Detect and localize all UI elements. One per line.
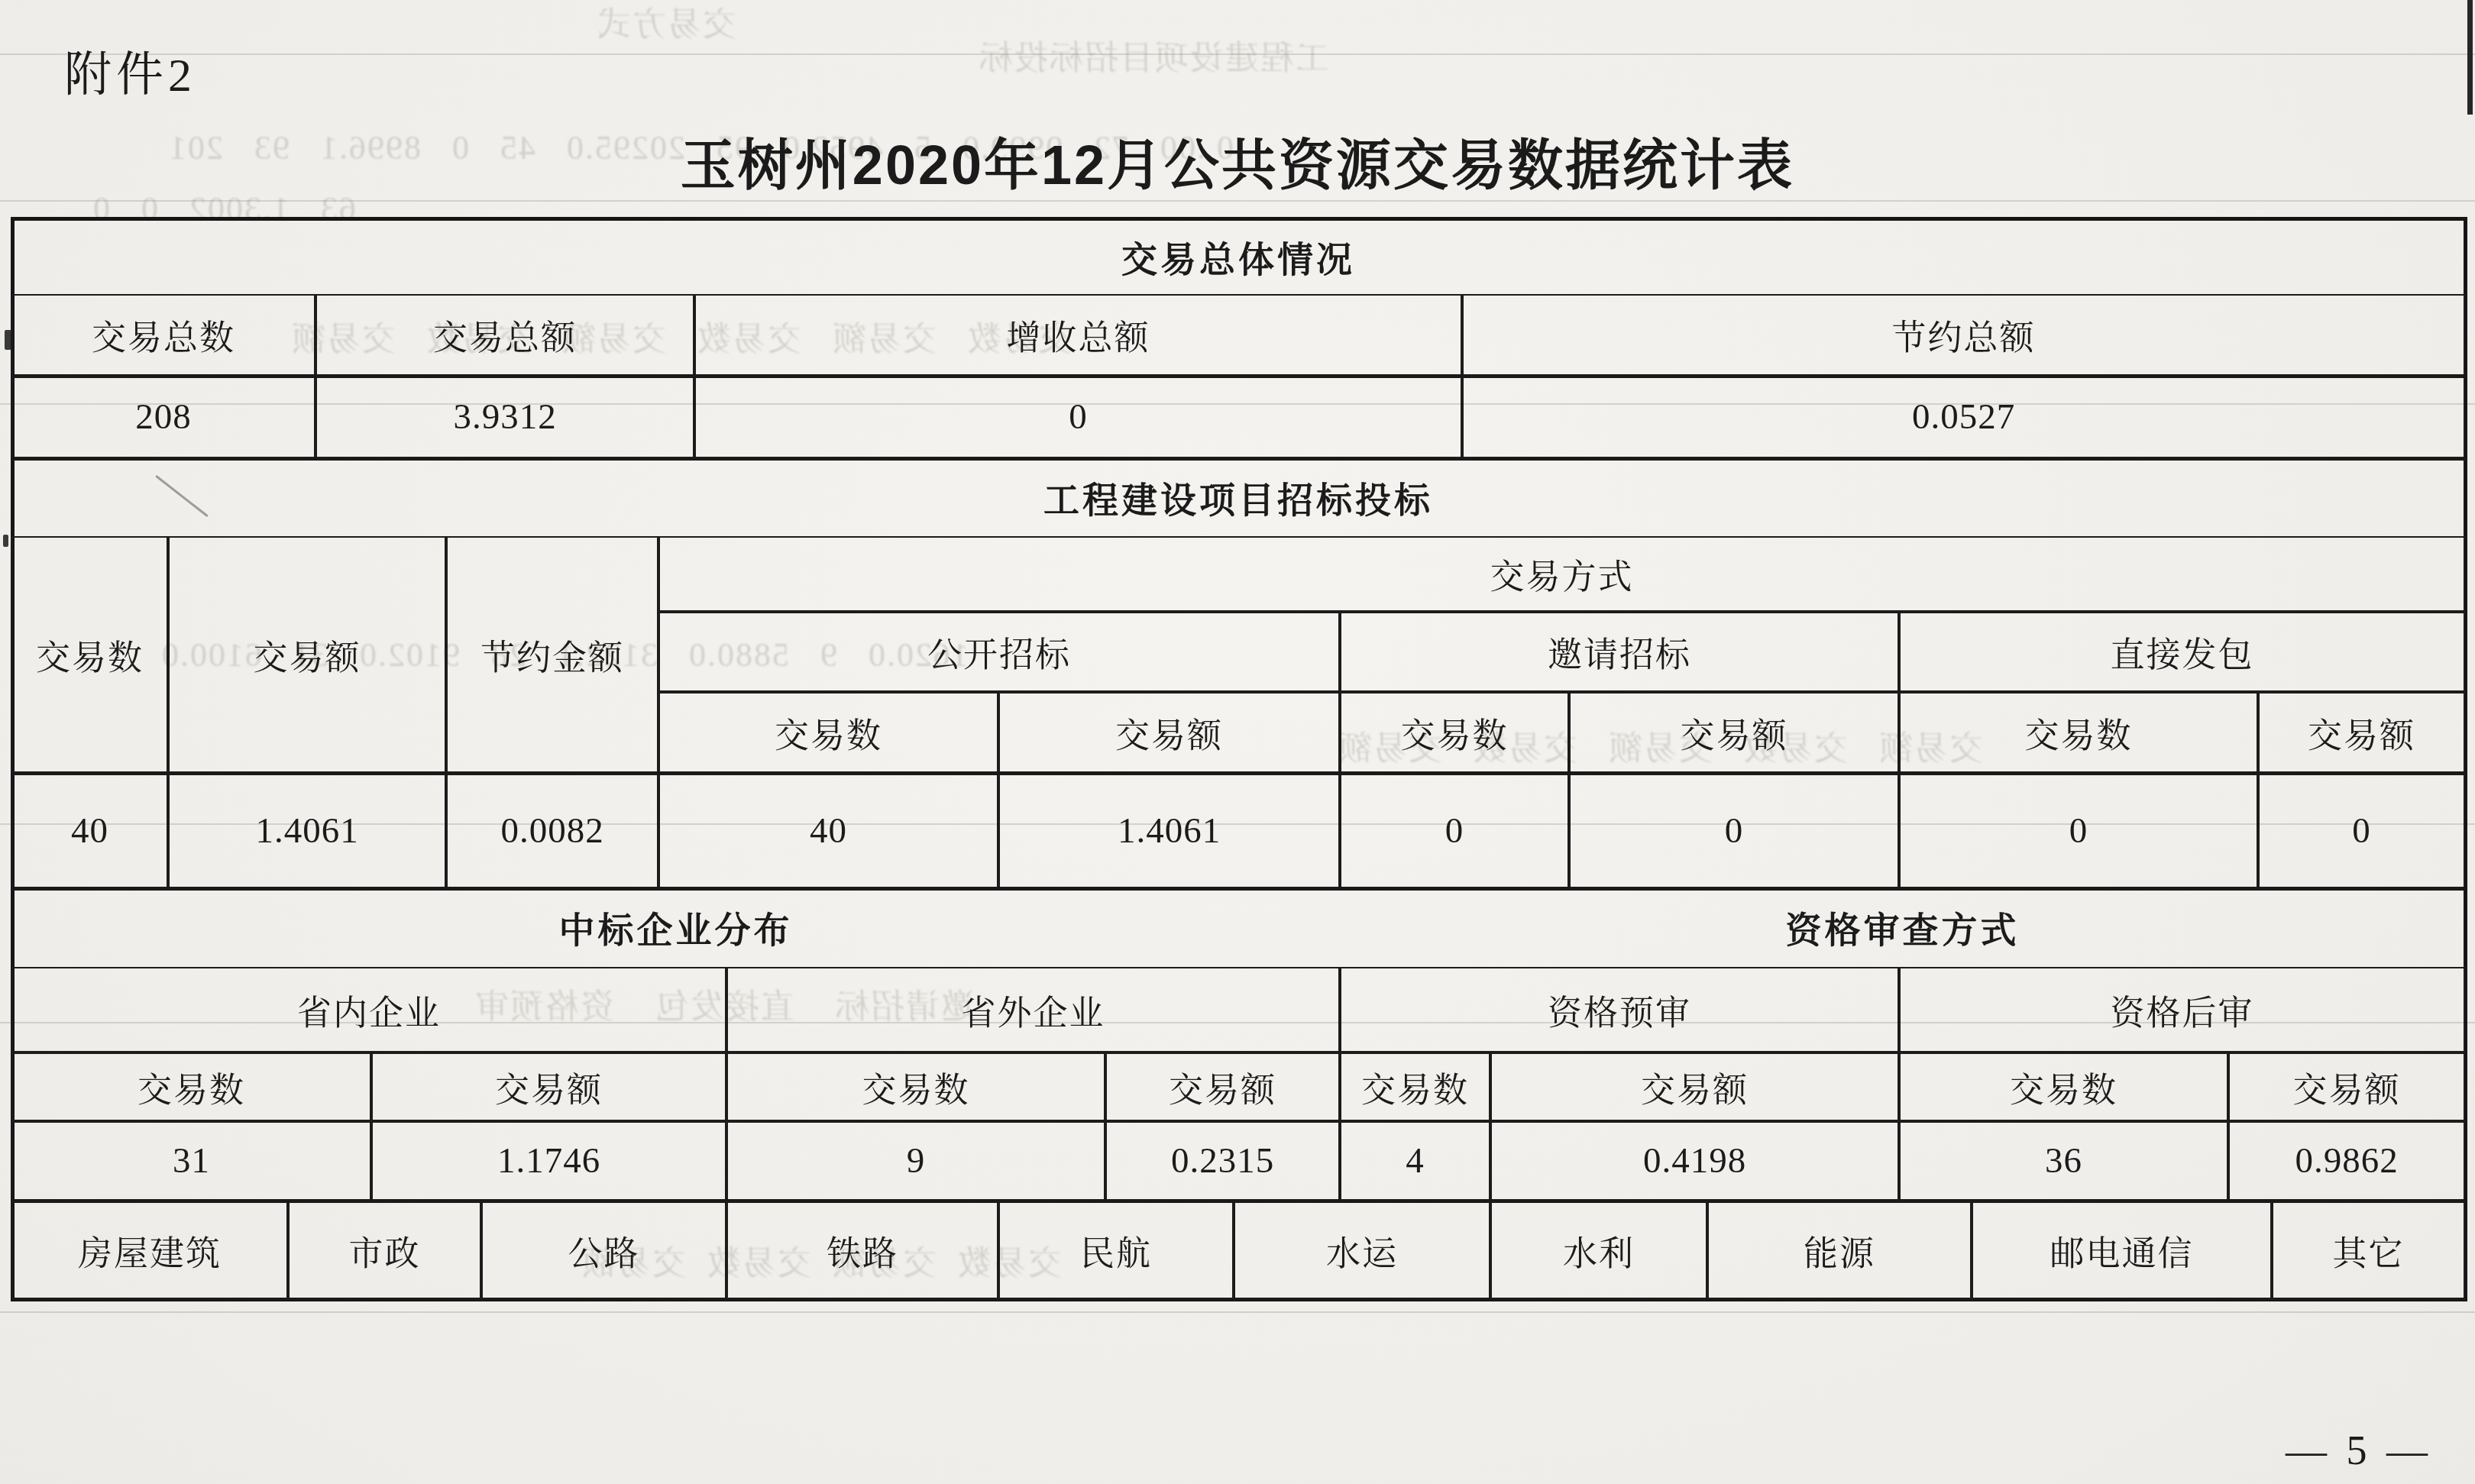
category-railway: 铁路 [726,1201,998,1300]
header-open-count: 交易数 [658,692,998,773]
category-civil-aviation: 民航 [998,1201,1234,1300]
table-rule [11,457,2465,461]
ghost-line [0,1311,2475,1313]
header-added-revenue: 增收总额 [694,294,1462,376]
category-energy: 能源 [1707,1201,1972,1300]
category-water-transport: 水运 [1234,1201,1490,1300]
header-out-amount: 交易额 [1105,1052,1340,1121]
scan-speck [3,535,8,547]
header-open-amount: 交易额 [998,692,1340,773]
value-pre-amount: 0.4198 [1490,1121,1899,1201]
value-pre-count: 4 [1340,1121,1490,1201]
value-total-amount: 3.9312 [315,376,694,458]
header-invited-bidding: 邀请招标 [1340,612,1899,692]
value-construction-savings: 0.0082 [446,773,658,888]
value-open-count: 40 [658,773,998,888]
scan-edge-mark [2467,0,2473,115]
value-out-amount: 0.2315 [1105,1121,1340,1201]
page-title: 玉树州2020年12月公共资源交易数据统计表 [0,121,2475,200]
header-out-province: 省外企业 [726,967,1340,1052]
header-in-province: 省内企业 [11,967,726,1052]
header-in-count: 交易数 [11,1052,371,1121]
value-invited-count: 0 [1340,773,1569,888]
winner-distribution-title: 中标企业分布 [11,888,1340,967]
overall-section-title: 交易总体情况 [11,220,2465,294]
value-post-count: 36 [1899,1121,2228,1201]
header-post-qualification: 资格后审 [1899,967,2465,1052]
value-direct-amount: 0 [2258,773,2465,888]
category-highway: 公路 [481,1201,726,1300]
category-municipal: 市政 [288,1201,481,1300]
value-in-amount: 1.1746 [371,1121,726,1201]
value-total-count: 208 [11,376,315,458]
category-water-conservancy: 水利 [1490,1201,1707,1300]
value-out-count: 9 [726,1121,1105,1201]
bleedthrough-text: 工程建设项目招标投标 [978,31,1329,79]
category-housing: 房屋建筑 [11,1201,288,1300]
page-number: — 5 — [2286,1427,2432,1474]
header-total-amount: 交易总额 [315,294,694,376]
ghost-line [0,200,2475,202]
header-construction-savings: 节约金额 [446,536,658,773]
ghost-line [0,53,2475,55]
header-pre-qualification: 资格预审 [1340,967,1899,1052]
construction-section-title: 工程建设项目招标投标 [11,458,2465,536]
header-direct-count: 交易数 [1899,692,2258,773]
value-direct-count: 0 [1899,773,2258,888]
value-added-revenue: 0 [694,376,1462,458]
table-rule [11,887,2465,891]
category-other: 其它 [2272,1201,2465,1300]
header-direct-award: 直接发包 [1899,612,2465,692]
header-invited-count: 交易数 [1340,692,1569,773]
header-in-amount: 交易额 [371,1052,726,1121]
header-trade-method: 交易方式 [658,536,2465,612]
header-post-amount: 交易额 [2228,1052,2465,1121]
header-post-count: 交易数 [1899,1052,2228,1121]
value-post-amount: 0.9862 [2228,1121,2465,1201]
attachment-label: 附件2 [64,37,196,105]
value-invited-amount: 0 [1569,773,1899,888]
header-total-savings: 节约总额 [1462,294,2465,376]
value-in-count: 31 [11,1121,371,1201]
header-invited-amount: 交易额 [1569,692,1899,773]
header-direct-amount: 交易额 [2258,692,2465,773]
bleedthrough-text: 交易方式 [596,0,736,46]
header-open-bidding: 公开招标 [658,612,1340,692]
scanned-document-page: 交易方式 工程建设项目招标投标 0 .00 72 9999.0 5 4952.0… [0,0,2475,1484]
header-pre-count: 交易数 [1340,1052,1490,1121]
value-construction-amount: 1.4061 [168,773,446,888]
table-rule [11,374,2465,378]
category-post-telecom: 邮电通信 [1972,1201,2272,1300]
header-pre-amount: 交易额 [1490,1052,1899,1121]
value-open-amount: 1.4061 [998,773,1340,888]
header-construction-count: 交易数 [11,536,168,773]
header-total-count: 交易总数 [11,294,315,376]
value-construction-count: 40 [11,773,168,888]
header-out-count: 交易数 [726,1052,1105,1121]
table-rule [11,771,2465,775]
header-construction-amount: 交易额 [168,536,446,773]
qualification-review-title: 资格审查方式 [1340,888,2465,967]
value-total-savings: 0.0527 [1462,376,2465,458]
table-rule [11,1199,2465,1203]
